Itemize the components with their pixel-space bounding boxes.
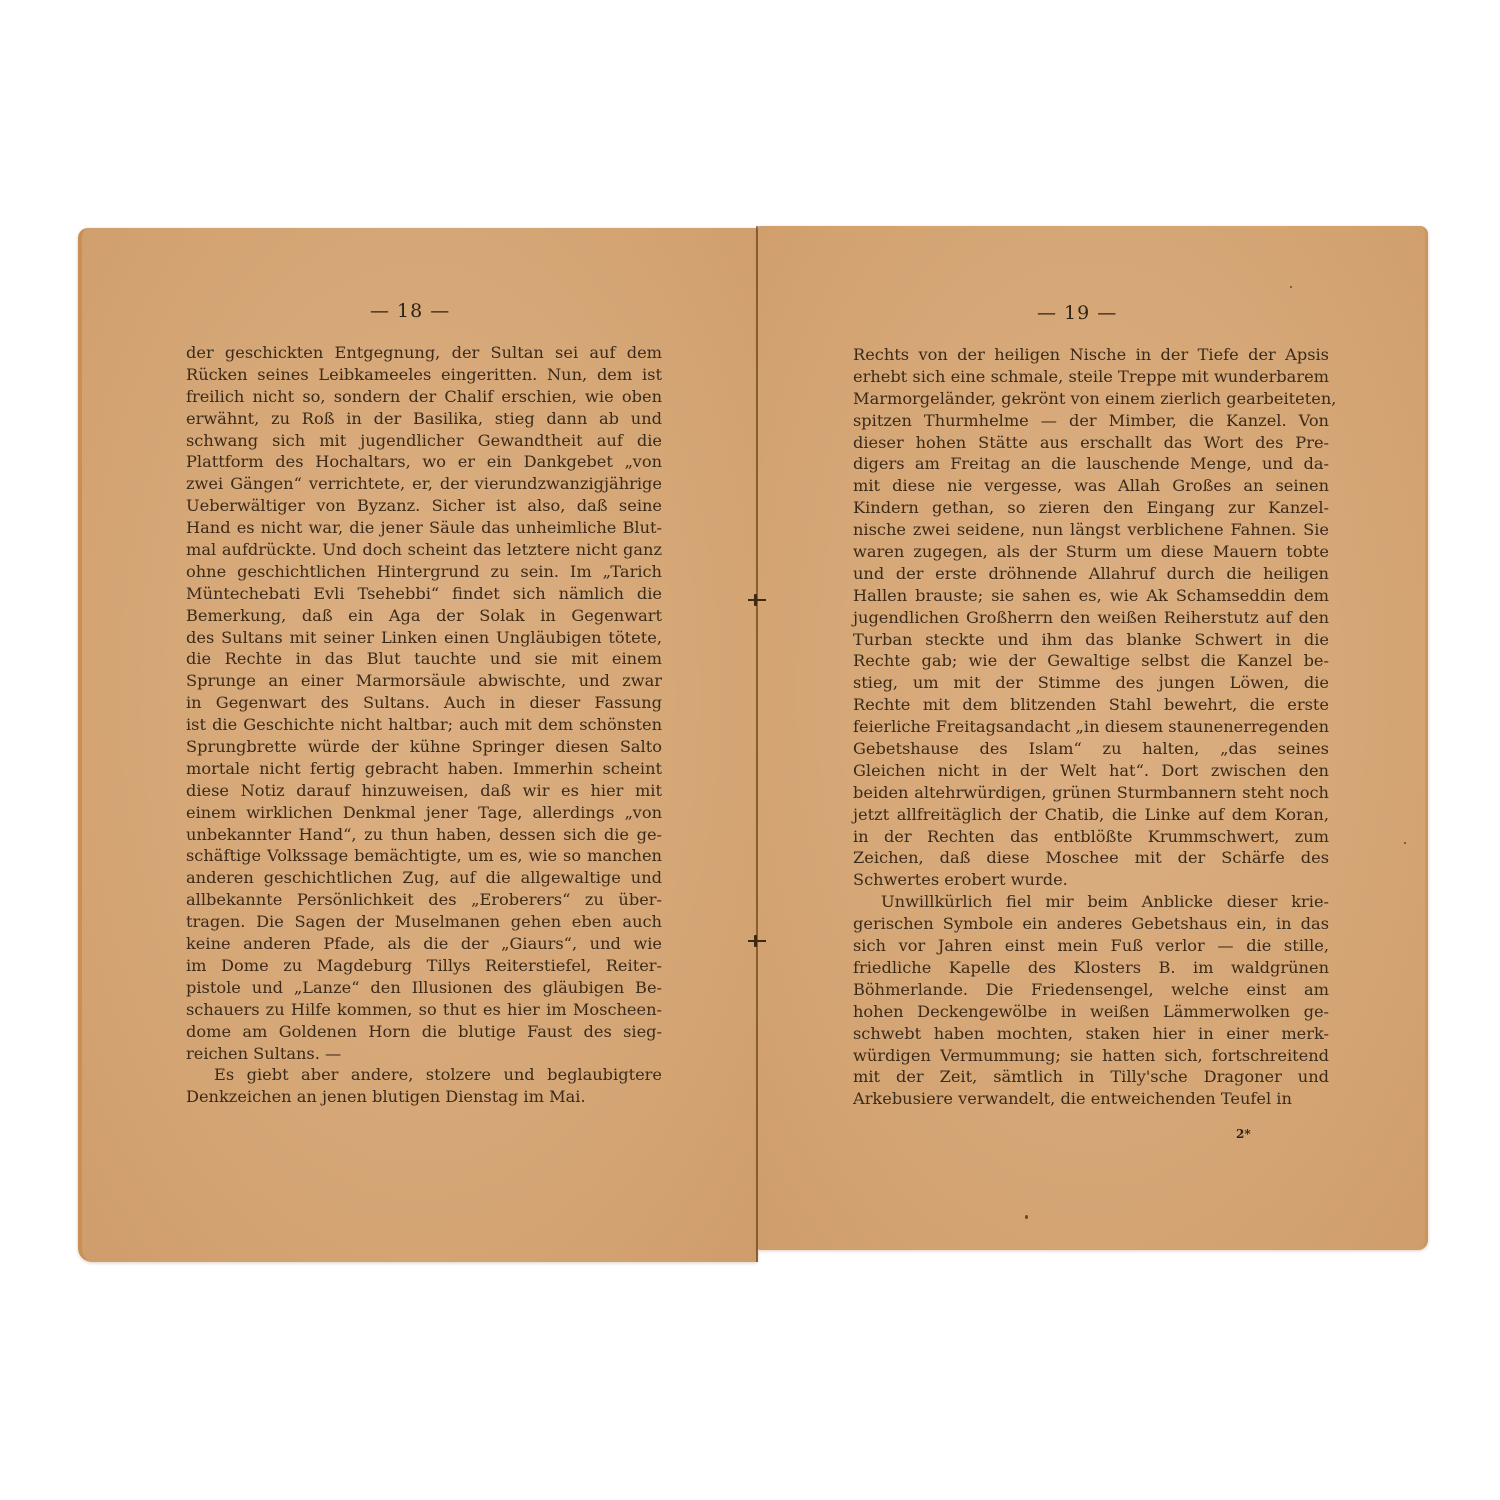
text-line: und der erste dröhnende Allahruf durch d… <box>853 563 1329 585</box>
right-page-number: — 19 — <box>1037 302 1117 324</box>
text-line: erhebt sich eine schmale, steile Treppe … <box>853 366 1329 388</box>
text-line: schäftige Volkssage bemächtigte, um es, … <box>186 845 662 867</box>
paper-speck <box>1404 842 1406 844</box>
text-line: sich vor Jahren einst mein Fuß verlor — … <box>853 935 1329 957</box>
text-line: dieser hohen Stätte aus erschallt das Wo… <box>853 432 1329 454</box>
book-spine <box>756 226 758 1262</box>
text-line: Müntechebati Evli Tsehebbi“ findet sich … <box>186 583 662 605</box>
text-line: feierliche Freitagsandacht „in diesem st… <box>853 716 1329 738</box>
text-line: Rechte gab; wie der Gewaltige selbst die… <box>853 650 1329 672</box>
text-line: Rechts von der heiligen Nische in der Ti… <box>853 344 1329 366</box>
text-line: im Dome zu Magdeburg Tillys Reiterstiefe… <box>186 955 662 977</box>
text-line: Turban steckte und ihm das blanke Schwer… <box>853 629 1329 651</box>
text-line: Gebetshause des Islam“ zu halten, „das s… <box>853 738 1329 760</box>
text-line: mal aufdrückte. Und doch scheint das let… <box>186 539 662 561</box>
text-line: schauers zu Hilfe kommen, so thut es hie… <box>186 999 662 1021</box>
text-line: Sprunge an einer Marmorsäule abwischte, … <box>186 670 662 692</box>
text-line: tragen. Die Sagen der Muselmanen gehen e… <box>186 911 662 933</box>
text-line: schwebt haben mochten, staken hier in ei… <box>853 1023 1329 1045</box>
text-line: Arkebusiere verwandelt, die entweichende… <box>853 1088 1329 1110</box>
text-line: zwei Gängen“ verrichtete, er, der vierun… <box>186 473 662 495</box>
text-line: freilich nicht so, sondern der Chalif er… <box>186 386 662 408</box>
text-line: Sprungbrette würde der kühne Springer di… <box>186 736 662 758</box>
text-line: Zeichen, daß diese Moschee mit der Schär… <box>853 847 1329 869</box>
text-line: anderen geschichtlichen Zug, auf die all… <box>186 867 662 889</box>
binding-stitch-top <box>748 597 766 603</box>
left-page-number: — 18 — <box>370 300 450 322</box>
text-line: reichen Sultans. — <box>186 1043 662 1065</box>
text-line: keine anderen Pfade, als die der „Giaurs… <box>186 933 662 955</box>
text-line: friedliche Kapelle des Klosters B. im wa… <box>853 957 1329 979</box>
right-page-body-text: Rechts von der heiligen Nische in der Ti… <box>853 344 1329 1110</box>
text-line: waren zugegen, als der Sturm um diese Ma… <box>853 541 1329 563</box>
text-line: Schwertes erobert wurde. <box>853 869 1329 891</box>
text-line: ist die Geschichte nicht haltbar; auch m… <box>186 714 662 736</box>
text-line: Gleichen nicht in der Welt hat“. Dort zw… <box>853 760 1329 782</box>
text-line: Rücken seines Leibkameeles eingeritten. … <box>186 364 662 386</box>
text-line: Es giebt aber andere, stolzere und begla… <box>186 1064 662 1086</box>
text-line: Hand es nicht war, die jener Säule das u… <box>186 517 662 539</box>
text-line: allbekannte Persönlichkeit des „Eroberer… <box>186 889 662 911</box>
text-line: Hallen brauste; sie sahen es, wie Ak Sch… <box>853 585 1329 607</box>
text-line: pistole und „Lanze“ den Illusionen des g… <box>186 977 662 999</box>
text-line: in Gegenwart des Sultans. Auch in dieser… <box>186 692 662 714</box>
text-line: Rechte mit dem blitzenden Stahl bewehrt,… <box>853 694 1329 716</box>
text-line: würdigen Vermummung; sie hatten sich, fo… <box>853 1045 1329 1067</box>
text-line: die Rechte in das Blut tauchte und sie m… <box>186 648 662 670</box>
paper-speck <box>1025 1215 1028 1219</box>
text-line: jugendlichen Großherrn den weißen Reiher… <box>853 607 1329 629</box>
text-line: gerischen Symbole ein anderes Gebetshaus… <box>853 913 1329 935</box>
text-line: erwähnt, zu Roß in der Basilika, stieg d… <box>186 408 662 430</box>
text-line: dome am Goldenen Horn die blutige Faust … <box>186 1021 662 1043</box>
paper-speck <box>1290 286 1292 288</box>
binding-stitch-bottom <box>748 938 766 944</box>
text-line: digers am Freitag an die lauschende Meng… <box>853 453 1329 475</box>
text-line: spitzen Thurmhelme — der Mimber, die Kan… <box>853 410 1329 432</box>
text-line: mit diese nie vergesse, was Allah Großes… <box>853 475 1329 497</box>
text-line: jetzt allfreitäglich der Chatib, die Lin… <box>853 804 1329 826</box>
text-line: Unwillkürlich fiel mir beim Anblicke die… <box>853 891 1329 913</box>
text-line: stieg, um mit der Stimme des jungen Löwe… <box>853 672 1329 694</box>
text-line: Bemerkung, daß ein Aga der Solak in Gege… <box>186 605 662 627</box>
text-line: der geschickten Entgegnung, der Sultan s… <box>186 342 662 364</box>
text-line: Ueberwältiger von Byzanz. Sicher ist als… <box>186 495 662 517</box>
text-line: ohne geschichtlichen Hintergrund zu sein… <box>186 561 662 583</box>
text-line: beiden altehrwürdigen, grünen Sturmbanne… <box>853 782 1329 804</box>
text-line: mit der Zeit, sämtlich in Tilly'sche Dra… <box>853 1066 1329 1088</box>
text-line: Kindern gethan, so zieren den Eingang zu… <box>853 497 1329 519</box>
text-line: nische zwei seidene, nun längst verblich… <box>853 519 1329 541</box>
text-line: Plattform des Hochaltars, wo er ein Dank… <box>186 451 662 473</box>
text-line: Böhmerlande. Die Friedensengel, welche e… <box>853 979 1329 1001</box>
text-line: mortale nicht fertig gebracht haben. Imm… <box>186 758 662 780</box>
left-page-body-text: der geschickten Entgegnung, der Sultan s… <box>186 342 662 1108</box>
text-line: Marmorgeländer, gekrönt von einem zierli… <box>853 388 1329 410</box>
signature-mark: 2* <box>1236 1127 1251 1141</box>
text-line: einem wirklichen Denkmal jener Tage, all… <box>186 802 662 824</box>
text-line: schwang sich mit jugendlicher Gewandthei… <box>186 430 662 452</box>
text-line: diese Notiz darauf hinzuweisen, daß wir … <box>186 780 662 802</box>
text-line: unbekannter Hand“, zu thun haben, dessen… <box>186 824 662 846</box>
text-line: Denkzeichen an jenen blutigen Dienstag i… <box>186 1086 662 1108</box>
text-line: in der Rechten das entblößte Krummschwer… <box>853 826 1329 848</box>
text-line: des Sultans mit seiner Linken einen Ungl… <box>186 627 662 649</box>
text-line: hohen Deckengewölbe in weißen Lämmerwolk… <box>853 1001 1329 1023</box>
